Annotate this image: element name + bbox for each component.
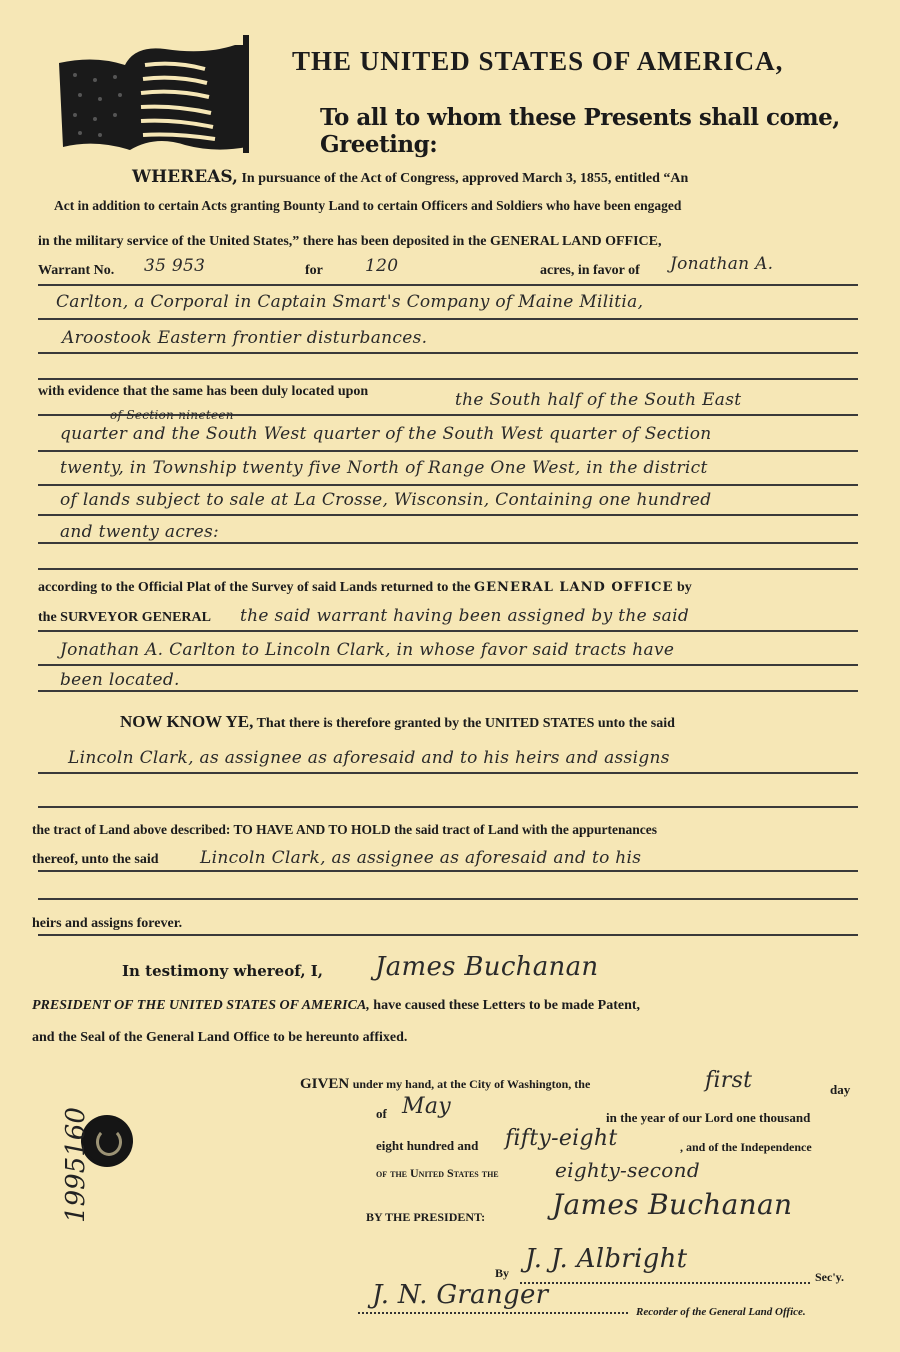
- habendum-label: thereof, unto the said: [32, 852, 159, 868]
- grant-line: NOW KNOW YE, That there is therefore gra…: [120, 712, 675, 732]
- given-label: GIVEN: [300, 1076, 349, 1092]
- eight-hundred-label: eight hundred and: [376, 1138, 478, 1154]
- general-land-office: GENERAL LAND OFFICE: [474, 580, 673, 595]
- now-know-ye: NOW KNOW YE,: [120, 712, 253, 731]
- preamble-line-3: in the military service of the United St…: [38, 234, 662, 250]
- grantee-first-name: Jonathan A.: [670, 254, 773, 274]
- independence-label: , and of the Independence: [680, 1140, 812, 1155]
- warrant-label: Warrant No.: [38, 263, 114, 279]
- surveyor-general-label: the SURVEYOR GENERAL: [38, 610, 211, 626]
- preamble-line-1: WHEREAS, In pursuance of the Act of Cong…: [132, 167, 688, 187]
- assignment-line-2: Jonathan A. Carlton to Lincoln Clark, in…: [60, 640, 674, 660]
- location-line-4: of lands subject to sale at La Crosse, W…: [60, 490, 711, 510]
- rule: [38, 664, 858, 666]
- testimony-line-2: and the Seal of the General Land Office …: [32, 1030, 407, 1046]
- recorder-title: Recorder of the General Land Office.: [636, 1306, 806, 1318]
- survey-line-1: according to the Official Plat of the Su…: [38, 580, 692, 596]
- rule: [38, 772, 858, 774]
- location-line-1: the South half of the South East: [455, 390, 741, 410]
- habendum-line-3: heirs and assigns forever.: [32, 916, 182, 932]
- recorder-signature: J. N. Granger: [372, 1280, 548, 1310]
- month-value: May: [402, 1094, 451, 1119]
- grant-text: That there is therefore granted by the U…: [257, 716, 675, 731]
- independence-value: eighty-second: [555, 1158, 700, 1182]
- by-label: By: [495, 1266, 509, 1281]
- location-line-3: twenty, in Township twenty five North of…: [60, 458, 708, 478]
- for-label: for: [305, 263, 323, 279]
- survey-text: according to the Official Plat of the Su…: [38, 580, 471, 595]
- rule: [38, 514, 858, 516]
- rule: [38, 870, 858, 872]
- document-number: 1995160: [61, 1107, 91, 1223]
- secretary-title: Sec'y.: [815, 1270, 844, 1285]
- testimony-text: have caused these Letters to be made Pat…: [373, 998, 640, 1013]
- year-label: in the year of our Lord one thousand: [606, 1110, 810, 1126]
- president-title: PRESIDENT OF THE UNITED STATES OF AMERIC…: [32, 998, 370, 1013]
- location-line-5: and twenty acres:: [60, 522, 219, 542]
- given-text: under my hand, at the City of Washington…: [353, 1077, 591, 1091]
- rule: [38, 284, 858, 286]
- location-line-2: quarter and the South West quarter of th…: [60, 424, 712, 444]
- acres-value: 120: [365, 256, 398, 276]
- rule: [38, 934, 858, 936]
- rule: [38, 568, 858, 570]
- president-signature: James Buchanan: [552, 1188, 792, 1221]
- day-value: first: [705, 1068, 752, 1093]
- by-label: by: [677, 580, 692, 595]
- rule: [38, 690, 858, 692]
- testimony-line-1: PRESIDENT OF THE UNITED STATES OF AMERIC…: [32, 998, 640, 1014]
- grantee-description: Carlton, a Corporal in Captain Smart's C…: [56, 292, 643, 312]
- habendum-line-1: the tract of Land above described: TO HA…: [32, 822, 657, 838]
- rule: [38, 542, 858, 544]
- location-insert: of Section nineteen: [110, 408, 234, 422]
- given-line: GIVEN under my hand, at the City of Wash…: [300, 1076, 590, 1093]
- secretary-signature: J. J. Albright: [525, 1244, 687, 1274]
- rule: [38, 318, 858, 320]
- acres-label: acres, in favor of: [540, 263, 640, 279]
- assignment-line-3: been located.: [60, 670, 180, 690]
- grantee-service: Aroostook Eastern frontier disturbances.: [62, 328, 427, 348]
- warrant-number: 35 953: [144, 256, 205, 276]
- us-flag-icon: [55, 35, 265, 155]
- rule: [38, 352, 858, 354]
- rule: [38, 898, 858, 900]
- habendum-grantee: Lincoln Clark, as assignee as aforesaid …: [200, 848, 641, 868]
- preamble-line-2: Act in addition to certain Acts granting…: [54, 198, 681, 214]
- rule: [38, 450, 858, 452]
- rule: [38, 806, 858, 808]
- grantee-assignee-line: Lincoln Clark, as assignee as aforesaid …: [68, 748, 670, 768]
- greeting: To all to whom these Presents shall come…: [320, 104, 900, 158]
- testimony-label: In testimony whereof, I,: [122, 962, 323, 980]
- rule: [38, 630, 858, 632]
- day-label: day: [830, 1082, 850, 1098]
- year-value: fifty-eight: [505, 1126, 617, 1151]
- whereas: WHEREAS,: [132, 167, 238, 187]
- rule: [38, 378, 858, 380]
- president-signature-top: James Buchanan: [375, 952, 598, 982]
- rule: [38, 484, 858, 486]
- by-president-label: BY THE PRESIDENT:: [366, 1210, 485, 1225]
- assignment-line-1: the said warrant having been assigned by…: [240, 606, 689, 626]
- united-states-label: of the United States the: [376, 1166, 499, 1181]
- of-label: of: [376, 1106, 387, 1122]
- preamble-text-1: In pursuance of the Act of Congress, app…: [241, 171, 688, 186]
- document-title: THE UNITED STATES OF AMERICA,: [292, 46, 783, 77]
- location-label: with evidence that the same has been dul…: [38, 384, 368, 400]
